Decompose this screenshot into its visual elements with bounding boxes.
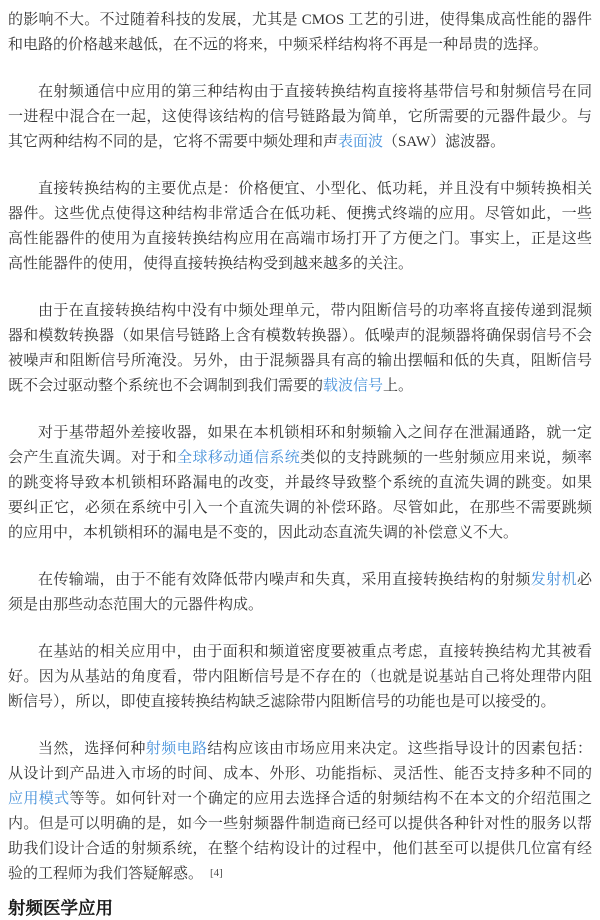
paragraph-text: 当然，选择何种 bbox=[38, 741, 146, 757]
paragraph-text: 直接转换结构的主要优点是：价格便宜、小型化、低功耗，并且没有中频转换相关器件。这… bbox=[8, 181, 592, 272]
inline-link[interactable]: 表面波 bbox=[338, 134, 383, 150]
section-heading: 射频医学应用 bbox=[8, 896, 592, 920]
inline-link[interactable]: 发射机 bbox=[531, 572, 577, 588]
paragraph: 在射频通信中应用的第三种结构由于直接转换结构直接将基带信号和射频信号在同一进程中… bbox=[8, 80, 592, 155]
paragraph-text: 在基站的相关应用中，由于面积和频道密度要被重点考虑，直接转换结构尤其被看好。因为… bbox=[8, 644, 592, 710]
paragraph-text: （SAW）滤波器。 bbox=[383, 134, 505, 150]
article-page: 的影响不大。不过随着科技的发展，尤其是 CMOS 工艺的引进，使得集成高性能的器… bbox=[0, 0, 600, 920]
paragraph-text: 在传输端，由于不能有效降低带内噪声和失真，采用直接转换结构的射频 bbox=[38, 572, 531, 588]
inline-link[interactable]: 射频电路 bbox=[146, 741, 208, 757]
inline-link[interactable]: 载波信号 bbox=[323, 378, 383, 394]
paragraph-text: 的影响不大。不过随着科技的发展，尤其是 CMOS 工艺的引进，使得集成高性能的器… bbox=[8, 12, 592, 53]
paragraph: 由于在直接转换结构中没有中频处理单元，带内阻断信号的功率将直接传递到混频器和模数… bbox=[8, 299, 592, 399]
paragraph: 当然，选择何种射频电路结构应该由市场应用来决定。这些指导设计的因素包括：从设计到… bbox=[8, 737, 592, 887]
inline-link[interactable]: 全球移动通信系统 bbox=[177, 450, 300, 466]
article-body: 的影响不大。不过随着科技的发展，尤其是 CMOS 工艺的引进，使得集成高性能的器… bbox=[8, 8, 592, 887]
paragraph: 在传输端，由于不能有效降低带内噪声和失真，采用直接转换结构的射频发射机必须是由那… bbox=[8, 568, 592, 618]
paragraph: 直接转换结构的主要优点是：价格便宜、小型化、低功耗，并且没有中频转换相关器件。这… bbox=[8, 177, 592, 277]
paragraph-text: 由于在直接转换结构中没有中频处理单元，带内阻断信号的功率将直接传递到混频器和模数… bbox=[8, 303, 592, 394]
reference-marker[interactable]: [4] bbox=[210, 867, 223, 879]
paragraph-text: 上。 bbox=[383, 378, 413, 394]
paragraph-text: 等等。如何针对一个确定的应用去选择合适的射频结构不在本文的介绍范围之内。但是可以… bbox=[8, 791, 592, 882]
inline-link[interactable]: 应用模式 bbox=[8, 791, 70, 807]
paragraph: 的影响不大。不过随着科技的发展，尤其是 CMOS 工艺的引进，使得集成高性能的器… bbox=[8, 8, 592, 58]
paragraph: 在基站的相关应用中，由于面积和频道密度要被重点考虑，直接转换结构尤其被看好。因为… bbox=[8, 640, 592, 715]
paragraph: 对于基带超外差接收器，如果在本机锁相环和射频输入之间存在泄漏通路，就一定会产生直… bbox=[8, 421, 592, 546]
